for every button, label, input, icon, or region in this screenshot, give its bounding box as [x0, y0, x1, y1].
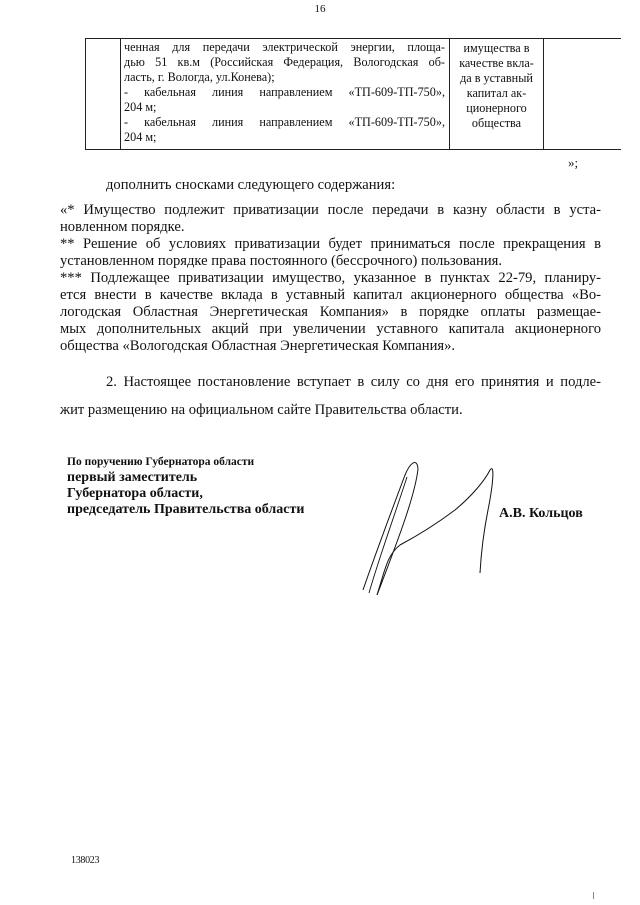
- description-line: ченная для передачи электрической энерги…: [124, 40, 445, 55]
- footnote-line: новленном порядке.: [60, 219, 601, 236]
- table-cell-number: [86, 39, 121, 150]
- signatory-title-block: По поручению Губернатора области первый …: [67, 455, 304, 518]
- note-line: да в уставный: [450, 71, 543, 86]
- footnote-line: установленном порядке права постоянного …: [60, 253, 601, 270]
- note-line: капитал ак-: [450, 86, 543, 101]
- note-line: качестве вкла-: [450, 56, 543, 71]
- property-table: ченная для передачи электрической энерги…: [85, 38, 621, 150]
- intro-paragraph: дополнить сносками следующего содержания…: [106, 177, 395, 194]
- table-cell-note: имущества в качестве вкла- да в уставный…: [450, 39, 544, 150]
- scan-mark: [593, 892, 594, 899]
- description-line: дью 51 кв.м (Российская Федерация, Волог…: [124, 55, 445, 70]
- footnote-line: логодская Областная Энергетическая Компа…: [60, 304, 601, 321]
- handwritten-signature-icon: [355, 455, 505, 600]
- footnote-line: ется внести в качестве вклада в уставный…: [60, 287, 601, 304]
- clause-2-line-1: 2. Настоящее постановление вступает в си…: [106, 374, 601, 391]
- description-line: - кабельная линия направлением «ТП-609-Т…: [124, 85, 445, 100]
- signatory-line-2: первый заместитель: [67, 470, 304, 486]
- footnote-line: *** Подлежащее приватизации имущество, у…: [60, 270, 601, 287]
- page-number: 16: [0, 3, 640, 15]
- description-line: 204 м;: [124, 100, 445, 115]
- document-code: 138023: [71, 855, 99, 866]
- footnote-line: мых дополнительных акций при увеличении …: [60, 321, 601, 338]
- table-row: ченная для передачи электрической энерги…: [86, 39, 622, 150]
- description-line: ласть, г. Вологда, ул.Конева);: [124, 70, 445, 85]
- footnote-line: ** Решение об условиях приватизации буде…: [60, 236, 601, 253]
- description-line: - кабельная линия направлением «ТП-609-Т…: [124, 115, 445, 130]
- note-line: общества: [450, 116, 543, 131]
- table-cell-empty: [544, 39, 622, 150]
- signatory-line-3: Губернатора области,: [67, 486, 304, 502]
- footnote-line: «* Имущество подлежит приватизации после…: [60, 202, 601, 219]
- note-line: ционерного: [450, 101, 543, 116]
- signatory-line-1: По поручению Губернатора области: [67, 455, 304, 470]
- note-line: имущества в: [450, 41, 543, 56]
- table-cell-description: ченная для передачи электрической энерги…: [121, 39, 450, 150]
- footnote-line: общества «Вологодская Областная Энергети…: [60, 338, 601, 355]
- clause-2-line-2: жит размещению на официальном сайте Прав…: [60, 402, 463, 419]
- closing-quote: »;: [568, 155, 578, 171]
- description-line: 204 м;: [124, 130, 445, 145]
- signatory-name: А.В. Кольцов: [499, 506, 583, 522]
- signatory-line-4: председатель Правительства области: [67, 502, 304, 518]
